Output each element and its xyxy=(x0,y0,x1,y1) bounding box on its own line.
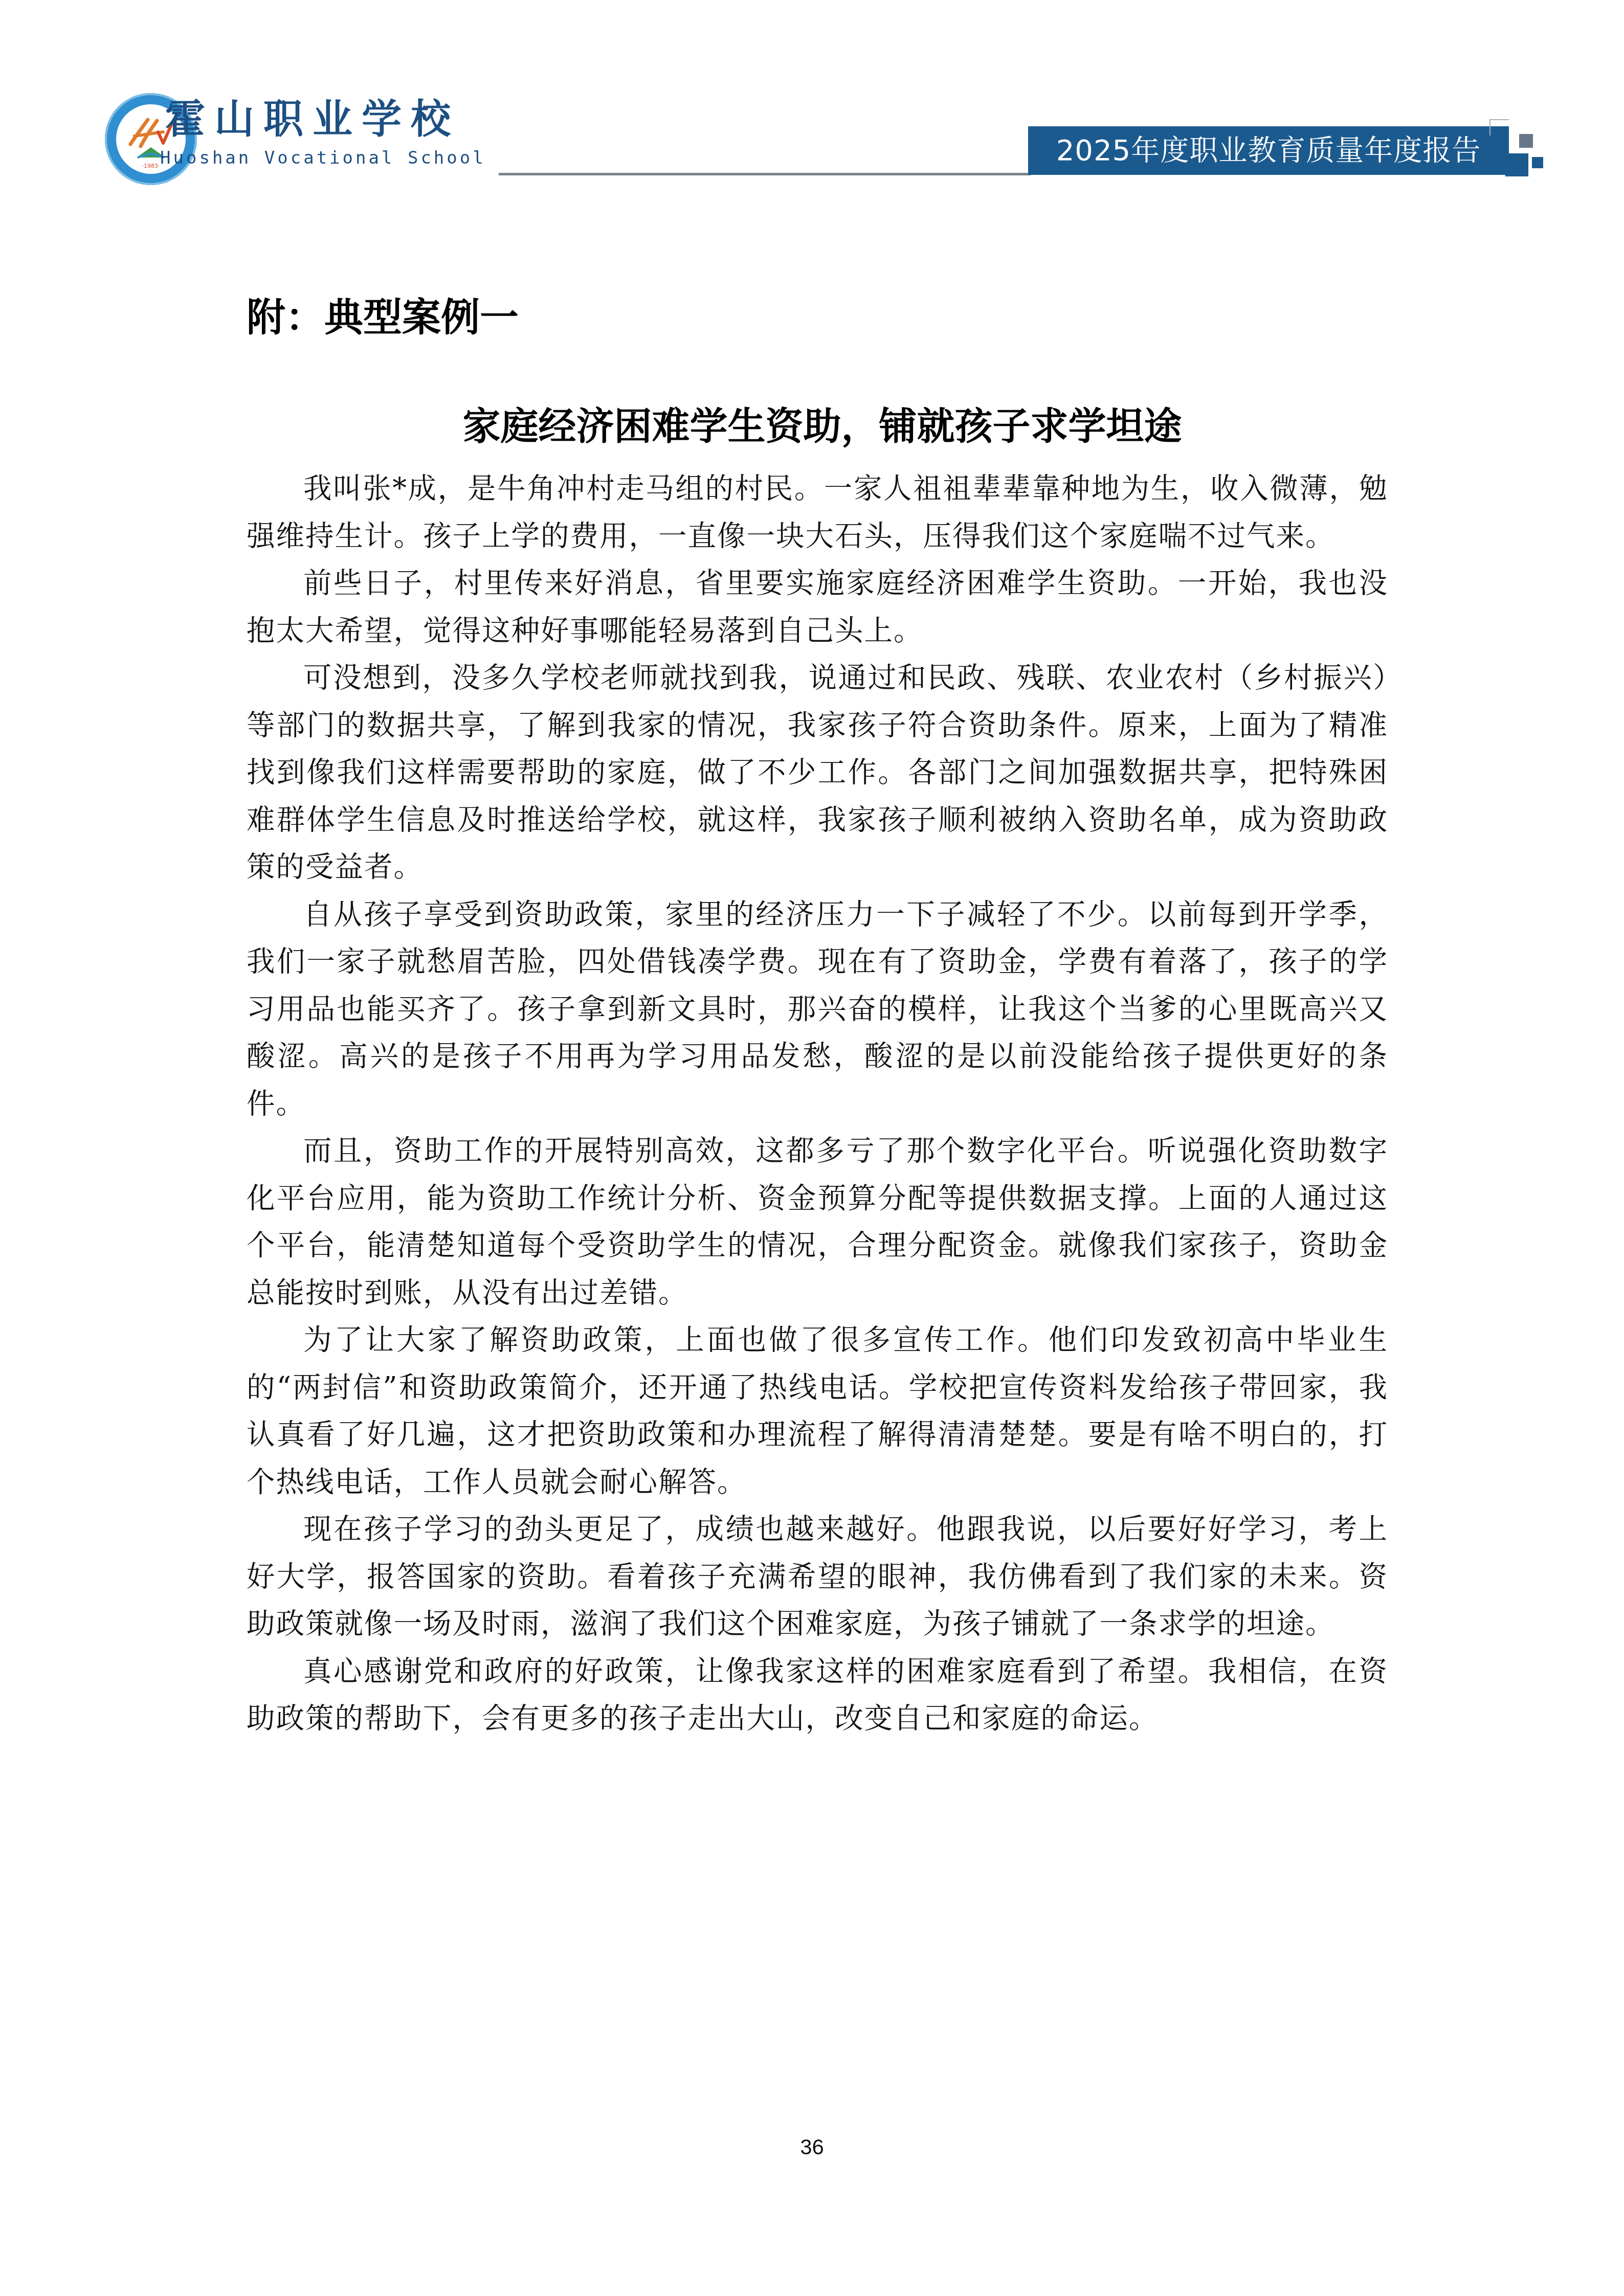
section-heading: 附：典型案例一 xyxy=(247,294,519,341)
decorative-corner-line xyxy=(1489,119,1490,136)
page-header: ·1983· 霍山职业学校 Huoshan Vocational School … xyxy=(0,0,1624,215)
article-title: 家庭经济困难学生资助，铺就孩子求学坦途 xyxy=(0,404,1624,449)
decorative-square-icon xyxy=(1532,157,1543,168)
article-paragraph: 而且，资助工作的开展特别高效，这都多亏了那个数字化平台。听说强化资助数字化平台应… xyxy=(247,1128,1388,1317)
article-paragraph: 现在孩子学习的劲头更足了，成绩也越来越好。他跟我说，以后要好好学习，考上好大学，… xyxy=(247,1506,1388,1648)
article-body: 我叫张*成，是牛角冲村走马组的村民。一家人祖祖辈辈靠种地为生，收入微薄，勉强维持… xyxy=(247,465,1388,1743)
decorative-square-icon xyxy=(1519,134,1533,148)
article-paragraph: 前些日子，村里传来好消息，省里要实施家庭经济困难学生资助。一开始，我也没抱太大希… xyxy=(247,560,1388,655)
school-name-en: Huoshan Vocational School xyxy=(160,149,486,167)
header-divider xyxy=(499,173,1031,175)
svg-text:·1983·: ·1983· xyxy=(142,163,160,169)
page-number: 36 xyxy=(0,2135,1624,2159)
school-name-cn: 霍山职业学校 xyxy=(156,100,498,140)
decorative-corner-line xyxy=(1489,119,1509,120)
report-title-banner: 2025年度职业教育质量年度报告 xyxy=(1028,126,1509,175)
article-paragraph: 自从孩子享受到资助政策，家里的经济压力一下子减轻了不少。以前每到开学季，我们一家… xyxy=(247,891,1388,1128)
article-paragraph: 为了让大家了解资助政策，上面也做了很多宣传工作。他们印发致初高中毕业生的“两封信… xyxy=(247,1317,1388,1506)
article-paragraph: 我叫张*成，是牛角冲村走马组的村民。一家人祖祖辈辈靠种地为生，收入微薄，勉强维持… xyxy=(247,465,1388,560)
article-paragraph: 真心感谢党和政府的好政策，让像我家这样的困难家庭看到了希望。我相信，在资助政策的… xyxy=(247,1648,1388,1743)
decorative-square-icon xyxy=(1505,153,1528,176)
article-paragraph: 可没想到，没多久学校老师就找到我，说通过和民政、残联、农业农村（乡村振兴）等部门… xyxy=(247,655,1388,891)
